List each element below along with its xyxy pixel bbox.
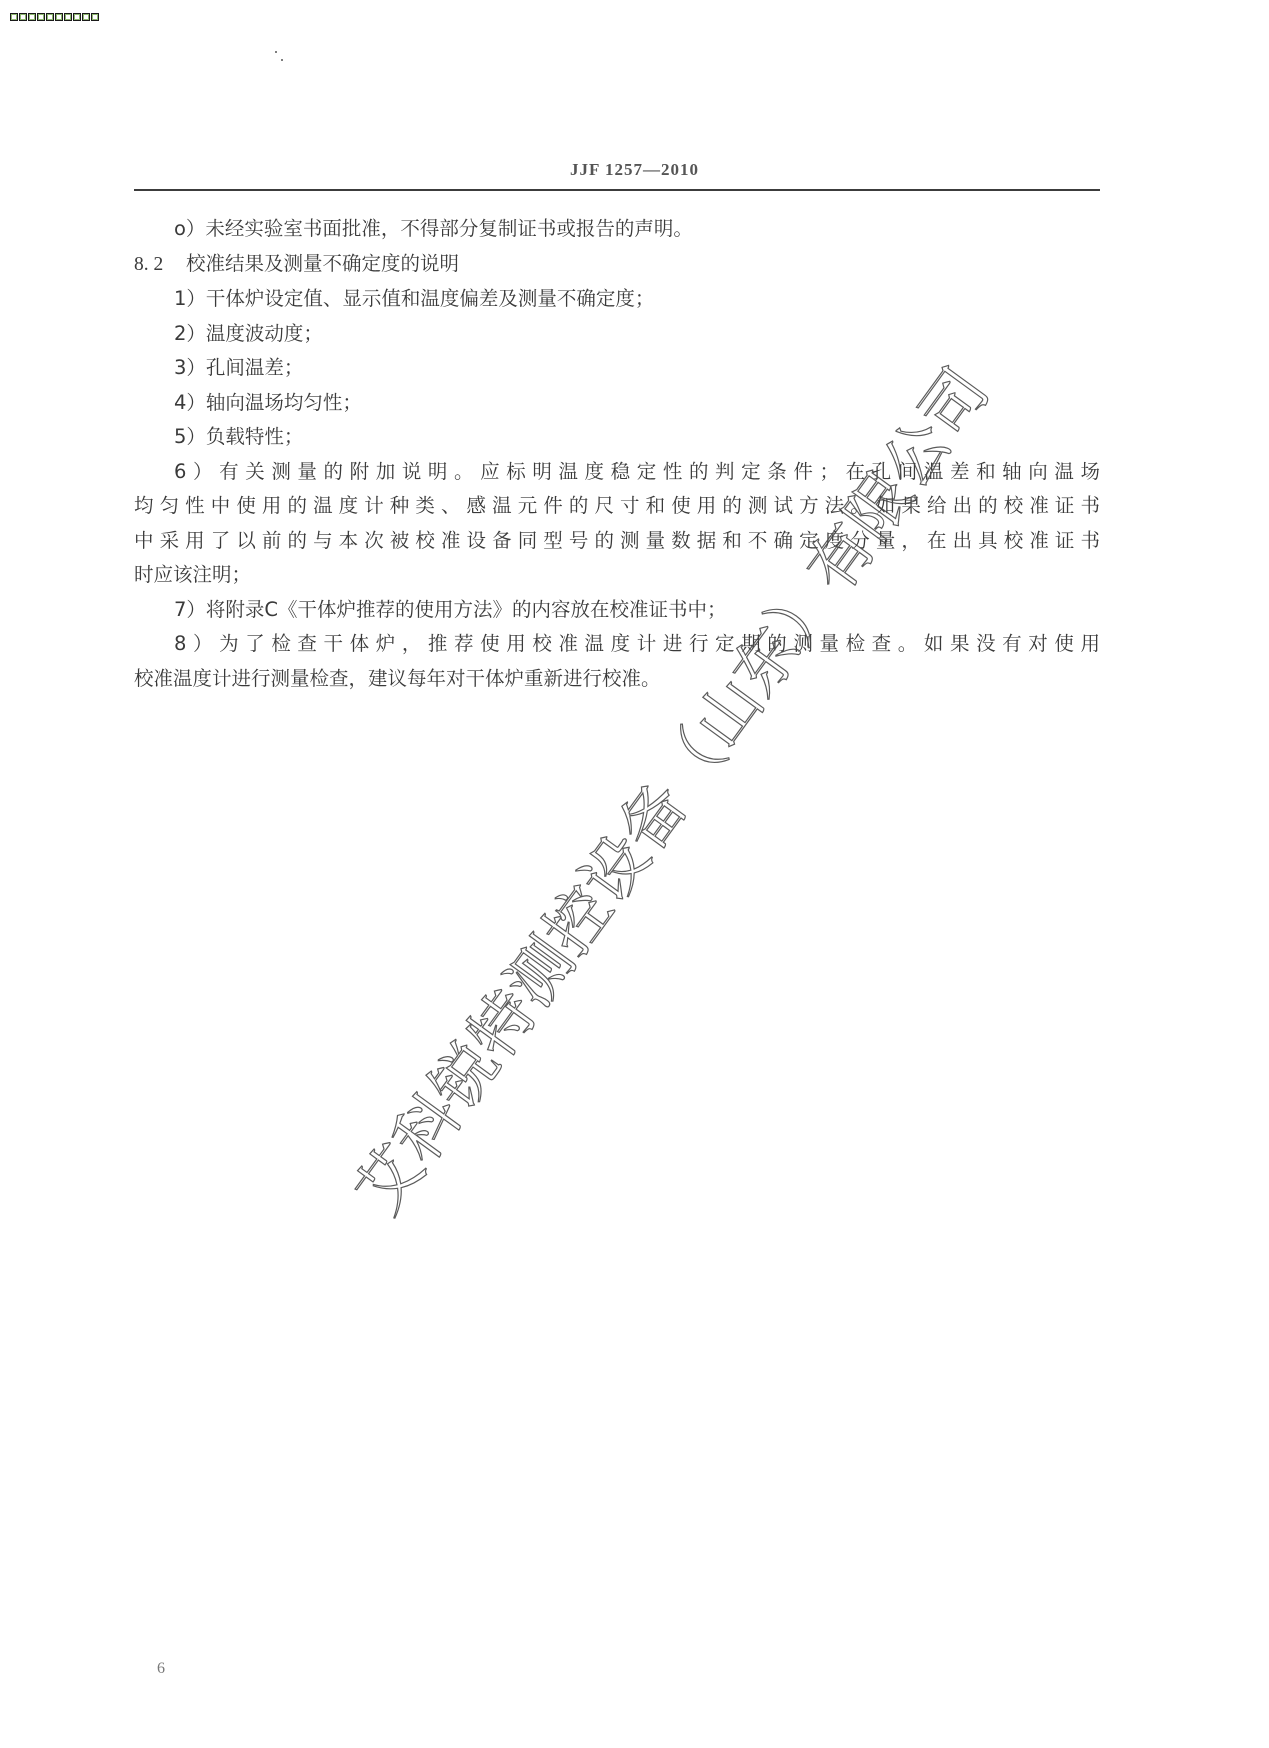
scan-mark <box>73 13 81 21</box>
list-item-4: 4）轴向温场均匀性； <box>134 386 1100 421</box>
scan-mark <box>10 13 18 21</box>
document-body: o）未经实验室书面批准，不得部分复制证书或报告的声明。 8. 2校准结果及测量不… <box>134 212 1100 696</box>
list-item-2: 2）温度波动度； <box>134 317 1100 352</box>
scan-speck <box>281 59 283 61</box>
list-item-3: 3）孔间温差； <box>134 351 1100 386</box>
scan-mark <box>28 13 36 21</box>
list-item-8-line: 8）为了检查干体炉，推荐使用校准温度计进行定期的测量检查。如果没有对使用 <box>134 627 1100 662</box>
list-item-6-line: 时应该注明； <box>134 558 1100 593</box>
standard-code-header: JJF 1257—2010 <box>0 160 1269 180</box>
list-item-8-line: 校准温度计进行测量检查，建议每年对干体炉重新进行校准。 <box>134 662 1100 697</box>
scan-mark <box>46 13 54 21</box>
scan-mark <box>82 13 90 21</box>
list-item-7: 7）将附录C《干体炉推荐的使用方法》的内容放在校准证书中； <box>134 593 1100 628</box>
scan-registration-marks <box>10 13 99 21</box>
scan-mark <box>37 13 45 21</box>
section-title: 校准结果及测量不确定度的说明 <box>186 252 459 275</box>
list-item-6: 6）有关测量的附加说明。应标明温度稳定性的判定条件；在孔间温差和轴向温场 均匀性… <box>134 455 1100 593</box>
list-item-6-line: 6）有关测量的附加说明。应标明温度稳定性的判定条件；在孔间温差和轴向温场 <box>134 455 1100 490</box>
list-item-1: 1）干体炉设定值、显示值和温度偏差及测量不确定度； <box>134 282 1100 317</box>
scan-mark <box>64 13 72 21</box>
scan-mark <box>55 13 63 21</box>
scan-mark <box>91 13 99 21</box>
list-item-5: 5）负载特性； <box>134 420 1100 455</box>
scan-speck <box>275 51 277 53</box>
section-number: 8. 2 <box>134 248 186 283</box>
page-number: 6 <box>157 1660 165 1678</box>
section-heading-8-2: 8. 2校准结果及测量不确定度的说明 <box>134 247 1100 283</box>
list-item-8: 8）为了检查干体炉，推荐使用校准温度计进行定期的测量检查。如果没有对使用 校准温… <box>134 627 1100 696</box>
scan-mark <box>19 13 27 21</box>
list-item-6-line: 均匀性中使用的温度计种类、感温元件的尺寸和使用的测试方法。如果给出的校准证书 <box>134 489 1100 524</box>
header-divider <box>134 189 1100 191</box>
item-o: o）未经实验室书面批准，不得部分复制证书或报告的声明。 <box>134 212 1100 247</box>
list-item-6-line: 中采用了以前的与本次被校准设备同型号的测量数据和不确定度分量，在出具校准证书 <box>134 524 1100 559</box>
